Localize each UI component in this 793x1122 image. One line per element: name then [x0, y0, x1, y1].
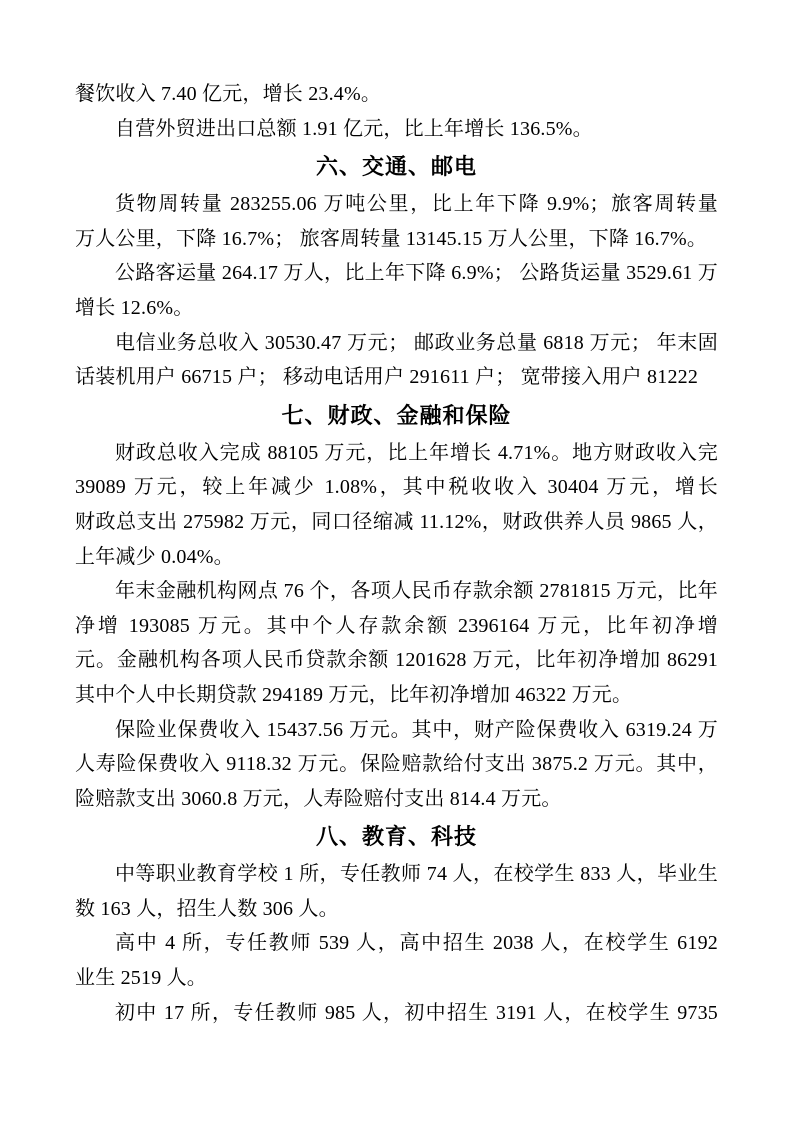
text-line: 公路客运量 264.17 万人，比上年下降 6.9%； 公路货运量 3529.6… — [75, 256, 718, 291]
text-line: 万人公里，下降 16.7%； 旅客周转量 13145.15 万人公里，下降 16… — [75, 222, 718, 257]
text-line: 年末金融机构网点 76 个，各项人民币存款余额 2781815 万元，比年初 — [75, 574, 718, 609]
section-heading: 七、财政、金融和保险 — [75, 395, 718, 436]
text-line: 话装机用户 66715 户； 移动电话用户 291611 户； 宽带接入用户 8… — [75, 360, 718, 395]
text-line: 其中个人中长期贷款 294189 万元，比年初净增加 46322 万元。 — [75, 678, 718, 713]
text-line: 货物周转量 283255.06 万吨公里，比上年下降 9.9%；旅客周转量 13… — [75, 187, 718, 222]
text-line: 上年减少 0.04%。 — [75, 540, 718, 575]
document-page: 餐饮收入 7.40 亿元，增长 23.4%。自营外贸进出口总额 1.91 亿元，… — [0, 0, 793, 1122]
text-line: 增长 12.6%。 — [75, 291, 718, 326]
text-line: 财政总支出 275982 万元，同口径缩减 11.12%，财政供养人员 9865… — [75, 505, 718, 540]
text-line: 净增 193085 万元。其中个人存款余额 2396164 万元，比年初净增 2… — [75, 609, 718, 644]
text-line: 电信业务总收入 30530.47 万元； 邮政业务总量 6818 万元； 年末固… — [75, 326, 718, 361]
text-line: 高中 4 所，专任教师 539 人，高中招生 2038 人，在校学生 6192 … — [75, 926, 718, 961]
text-line: 险赔款支出 3060.8 万元，人寿险赔付支出 814.4 万元。 — [75, 782, 718, 817]
text-line: 元。金融机构各项人民币贷款余额 1201628 万元，比年初净增加 86291 … — [75, 643, 718, 678]
text-line: 初中 17 所，专任教师 985 人，初中招生 3191 人，在校学生 9735… — [75, 996, 718, 1031]
document-content: 餐饮收入 7.40 亿元，增长 23.4%。自营外贸进出口总额 1.91 亿元，… — [75, 77, 718, 1030]
text-line: 39089 万元，较上年减少 1.08%，其中税收收入 30404 万元，增长 … — [75, 470, 718, 505]
section-heading: 六、交通、邮电 — [75, 146, 718, 187]
text-line: 保险业保费收入 15437.56 万元。其中，财产险保费收入 6319.24 万… — [75, 713, 718, 748]
text-line: 餐饮收入 7.40 亿元，增长 23.4%。 — [75, 77, 718, 112]
text-line: 财政总收入完成 88105 万元，比上年增长 4.71%。地方财政收入完成 — [75, 436, 718, 471]
text-line: 数 163 人，招生人数 306 人。 — [75, 892, 718, 927]
text-line: 人寿险保费收入 9118.32 万元。保险赔款给付支出 3875.2 万元。其中… — [75, 747, 718, 782]
text-line: 中等职业教育学校 1 所，专任教师 74 人，在校学生 833 人，毕业生人 — [75, 857, 718, 892]
text-line: 业生 2519 人。 — [75, 961, 718, 996]
section-heading: 八、教育、科技 — [75, 816, 718, 857]
text-line: 自营外贸进出口总额 1.91 亿元，比上年增长 136.5%。 — [75, 112, 718, 147]
